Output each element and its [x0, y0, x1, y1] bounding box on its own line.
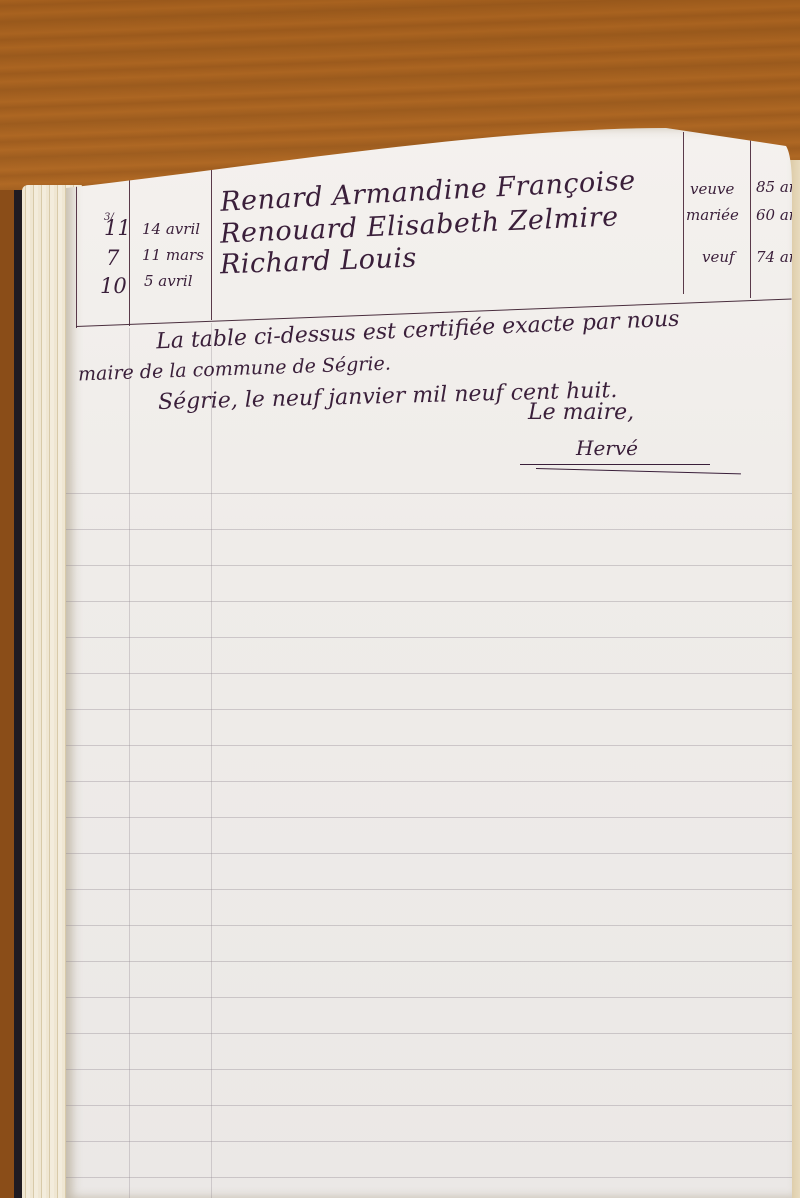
faint-column-rule [129, 328, 130, 1198]
mayor-title: Le maire, [528, 400, 634, 425]
mayor-signature: Hervé [576, 436, 638, 460]
ruled-lines [66, 458, 792, 1198]
entry-date: 5 avril [144, 272, 193, 290]
entry-number: 11 [104, 216, 131, 240]
entry-status: veuf [702, 248, 735, 266]
faint-column-rule [211, 323, 212, 1198]
entry-name: Richard Louis [220, 243, 418, 281]
certification-line-2: maire de la commune de Ségrie. [78, 353, 391, 386]
register-page: 3/ 11 14 avril Renard Armandine François… [66, 128, 792, 1198]
signature-underline [520, 464, 710, 465]
column-divider-date [211, 170, 212, 320]
column-divider-number [129, 178, 130, 326]
entry-number: 10 [100, 274, 127, 298]
table-border-left [76, 186, 77, 328]
entry-date: 14 avril [142, 220, 200, 238]
entry-status: veuve [690, 180, 734, 198]
entry-number: 7 [106, 246, 119, 270]
entry-date: 11 mars [142, 246, 204, 264]
entry-status: mariée [686, 206, 739, 224]
column-divider-status [683, 132, 684, 294]
column-divider-age [750, 140, 751, 298]
